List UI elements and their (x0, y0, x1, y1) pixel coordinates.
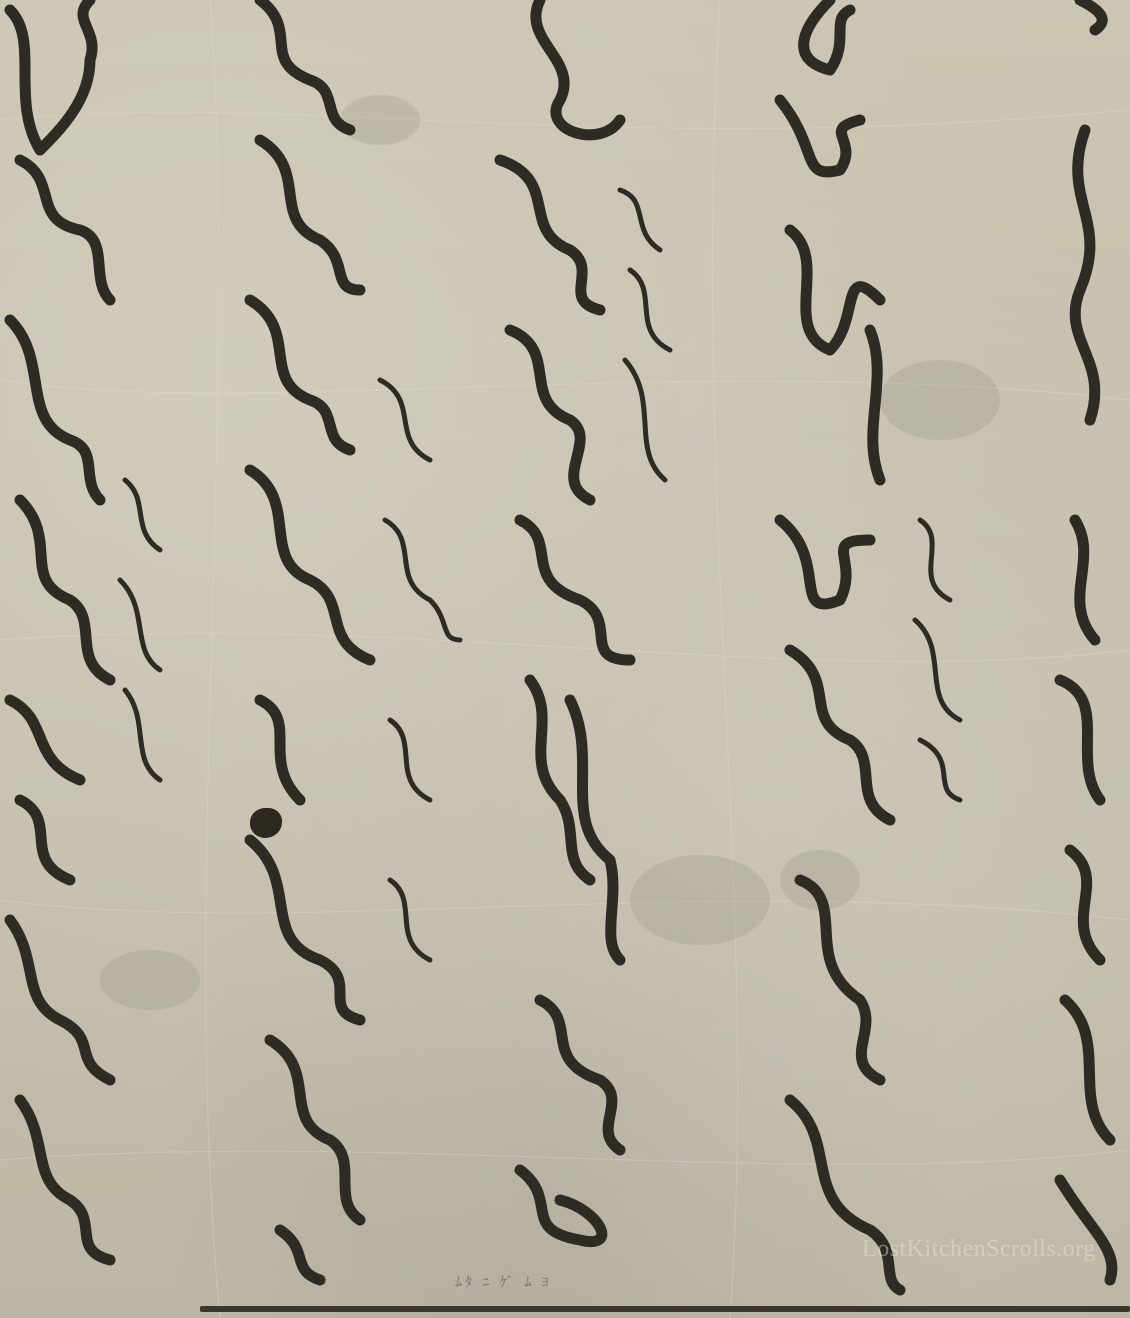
brush-stroke (20, 800, 70, 880)
brush-stroke (270, 1040, 360, 1220)
brush-stroke (625, 360, 665, 480)
brush-stroke (790, 650, 890, 820)
watermark-text: LostKitchenScrolls.org (862, 1236, 1096, 1263)
column-4 (250, 0, 370, 1280)
brush-stroke (250, 840, 360, 1020)
brush-stroke (20, 1100, 110, 1260)
brush-stroke (620, 190, 660, 250)
brush-stroke (250, 300, 350, 450)
brush-stroke (1065, 1000, 1110, 1140)
brush-stroke (780, 520, 870, 604)
brush-stroke (385, 520, 460, 640)
brush-stroke (280, 1230, 320, 1280)
brush-stroke (780, 100, 860, 172)
brush-stroke (260, 700, 300, 800)
brush-stroke (540, 1000, 620, 1150)
column-3 (500, 0, 630, 1242)
calligraphy-strokes (0, 0, 1130, 1318)
brush-stroke (20, 160, 110, 300)
brush-stroke (804, 0, 850, 70)
brush-stroke (10, 920, 110, 1080)
brush-stroke (125, 480, 160, 550)
brush-stroke (1075, 130, 1095, 420)
brush-stroke (800, 880, 880, 1080)
brush-stroke (380, 380, 430, 460)
manuscript-page: ﾑﾀ ﾆ ｹﾞ ﾑ ﾖ LostKitchenScrolls.org (0, 0, 1130, 1318)
brush-stroke (390, 880, 430, 960)
column-4-annotation (380, 380, 460, 960)
brush-stroke (10, 320, 100, 500)
brush-stroke (630, 270, 670, 350)
brush-stroke (570, 700, 620, 960)
brush-stroke (250, 470, 370, 660)
column-2-annotation (915, 520, 960, 800)
brush-stroke (1060, 1180, 1112, 1280)
brush-stroke (520, 1170, 602, 1242)
column-2 (780, 0, 900, 1290)
brush-stroke (120, 580, 160, 670)
brush-stroke (260, 140, 360, 290)
bottom-border-line (200, 1306, 1130, 1312)
column-5-left (10, 0, 110, 1260)
brush-stroke (1080, 0, 1102, 30)
footer-marks: ﾑﾀ ﾆ ｹﾞ ﾑ ﾖ (455, 1272, 552, 1292)
brush-stroke (10, 700, 80, 780)
column-3-annotation (620, 190, 670, 480)
column-5-annotation (120, 480, 160, 780)
brush-stroke (870, 330, 880, 480)
brush-stroke (500, 160, 600, 310)
brush-stroke (536, 0, 620, 135)
brush-stroke (260, 0, 350, 130)
brush-stroke (1070, 850, 1100, 960)
brush-stroke (920, 740, 960, 800)
brush-stroke (125, 690, 160, 780)
brush-stroke (1060, 680, 1100, 800)
brush-stroke (915, 620, 960, 720)
brush-stroke (10, 0, 92, 150)
brush-stroke (920, 520, 950, 600)
brush-stroke (390, 720, 430, 800)
column-1-right (1060, 0, 1112, 1280)
brush-stroke (510, 330, 590, 500)
brush-stroke (20, 500, 110, 680)
brush-stroke (520, 520, 630, 660)
brush-stroke (1075, 520, 1095, 640)
